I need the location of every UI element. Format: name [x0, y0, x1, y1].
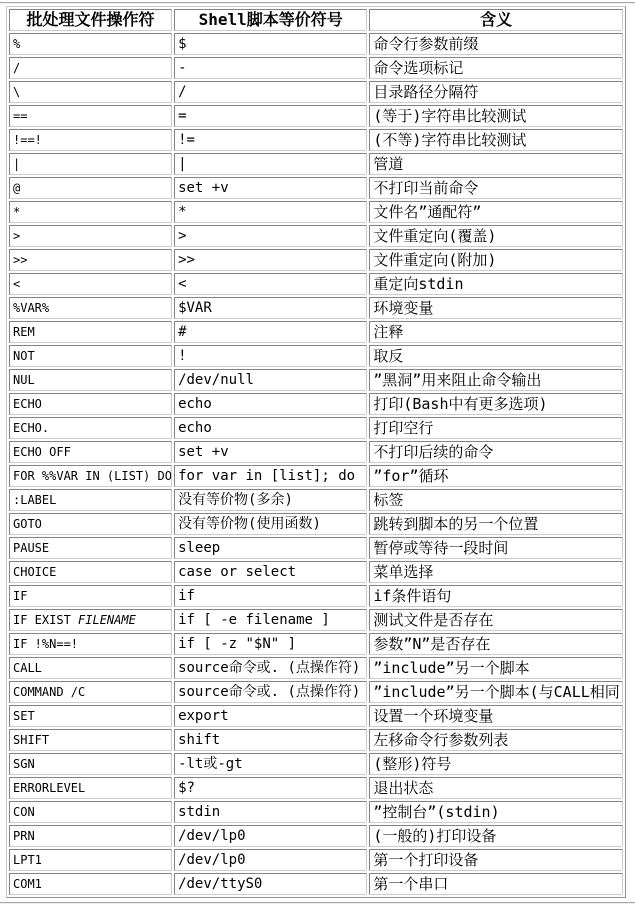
table-row: /-命令选项标记 — [9, 57, 623, 79]
meaning-cell: 文件重定向(附加) — [369, 249, 623, 271]
shell-equivalent-cell: /dev/null — [174, 369, 367, 391]
batch-operator-cell: NOT — [9, 345, 172, 367]
table-row: NOT!取反 — [9, 345, 623, 367]
shell-equivalent-cell: for var in [list]; do — [174, 465, 367, 487]
shell-equivalent-cell: != — [174, 129, 367, 151]
meaning-cell: 不打印后续的命令 — [369, 441, 623, 463]
meaning-cell: 左移命令行参数列表 — [369, 729, 623, 751]
batch-operator-cell: GOTO — [9, 513, 172, 535]
table-row: IF EXIST FILENAMEif [ -e filename ]测试文件是… — [9, 609, 623, 631]
shell-equivalent-cell: = — [174, 105, 367, 127]
meaning-cell: 命令行参数前缀 — [369, 33, 623, 55]
shell-equivalent-cell: - — [174, 57, 367, 79]
meaning-cell: 菜单选择 — [369, 561, 623, 583]
table-row: GOTO没有等价物(使用函数)跳转到脚本的另一个位置 — [9, 513, 623, 535]
batch-operator-cell: PAUSE — [9, 537, 172, 559]
shell-equivalent-cell: if [ -z "$N" ] — [174, 633, 367, 655]
table-row: <<重定向stdin — [9, 273, 623, 295]
shell-equivalent-cell: source命令或. (点操作符) — [174, 657, 367, 679]
batch-operator-cell: IF EXIST FILENAME — [9, 609, 172, 631]
table-row: FOR %%VAR IN (LIST) DOfor var in [list];… — [9, 465, 623, 487]
meaning-cell: 重定向stdin — [369, 273, 623, 295]
meaning-cell: 文件重定向(覆盖) — [369, 225, 623, 247]
batch-operator-cell: IF — [9, 585, 172, 607]
batch-operator-cell: >> — [9, 249, 172, 271]
meaning-cell: 第一个串口 — [369, 873, 623, 895]
table-header: 批处理文件操作符 Shell脚本等价符号 含义 — [9, 9, 623, 31]
shell-equivalent-cell: export — [174, 705, 367, 727]
table-row: %VAR%$VAR环境变量 — [9, 297, 623, 319]
batch-operator-cell: > — [9, 225, 172, 247]
table-row: REM#注释 — [9, 321, 623, 343]
meaning-cell: 文件名”通配符” — [369, 201, 623, 223]
shell-equivalent-cell: | — [174, 153, 367, 175]
meaning-cell: 命令选项标记 — [369, 57, 623, 79]
table-row: CONstdin”控制台”(stdin) — [9, 801, 623, 823]
meaning-cell: 打印(Bash中有更多选项) — [369, 393, 623, 415]
table-row: LPT1/dev/lp0第一个打印设备 — [9, 849, 623, 871]
batch-operator-cell: CON — [9, 801, 172, 823]
shell-equivalent-cell: set +v — [174, 177, 367, 199]
batch-operator-cell: ECHO OFF — [9, 441, 172, 463]
top-rule — [0, 2, 635, 4]
batch-operator-cell: / — [9, 57, 172, 79]
page: 批处理文件操作符 Shell脚本等价符号 含义 %$命令行参数前缀/-命令选项标… — [0, 0, 635, 904]
table-row: ECHOecho打印(Bash中有更多选项) — [9, 393, 623, 415]
batch-operator-cell: PRN — [9, 825, 172, 847]
table-row: >>文件重定向(覆盖) — [9, 225, 623, 247]
bottom-rule — [0, 902, 635, 904]
shell-equivalent-cell: $? — [174, 777, 367, 799]
meaning-cell: 参数”N”是否存在 — [369, 633, 623, 655]
table-row: :LABEL没有等价物(多余)标签 — [9, 489, 623, 511]
meaning-cell: 第一个打印设备 — [369, 849, 623, 871]
shell-equivalent-cell: /dev/ttyS0 — [174, 873, 367, 895]
meaning-cell: 设置一个环境变量 — [369, 705, 623, 727]
shell-equivalent-cell: > — [174, 225, 367, 247]
shell-equivalent-cell: 没有等价物(使用函数) — [174, 513, 367, 535]
table-row: SHIFTshift左移命令行参数列表 — [9, 729, 623, 751]
meaning-cell: (整形)符号 — [369, 753, 623, 775]
table-row: PAUSEsleep暂停或等待一段时间 — [9, 537, 623, 559]
batch-operator-cell: ERRORLEVEL — [9, 777, 172, 799]
meaning-cell: ”include”另一个脚本(与CALL相同) — [369, 681, 623, 703]
table-row: CHOICEcase or select菜单选择 — [9, 561, 623, 583]
batch-operator-cell: * — [9, 201, 172, 223]
table-row: ||管道 — [9, 153, 623, 175]
shell-equivalent-cell: * — [174, 201, 367, 223]
shell-equivalent-cell: # — [174, 321, 367, 343]
shell-equivalent-cell: / — [174, 81, 367, 103]
meaning-cell: 打印空行 — [369, 417, 623, 439]
header-meaning: 含义 — [369, 9, 623, 31]
shell-equivalent-cell: set +v — [174, 441, 367, 463]
meaning-cell: ”include”另一个脚本 — [369, 657, 623, 679]
meaning-cell: 测试文件是否存在 — [369, 609, 623, 631]
meaning-cell: 目录路径分隔符 — [369, 81, 623, 103]
batch-operator-cell: COMMAND /C — [9, 681, 172, 703]
meaning-cell: 管道 — [369, 153, 623, 175]
meaning-cell: 环境变量 — [369, 297, 623, 319]
italic-filename: FILENAME — [78, 613, 136, 627]
shell-equivalent-cell: ! — [174, 345, 367, 367]
meaning-cell: 注释 — [369, 321, 623, 343]
shell-equivalent-cell: echo — [174, 393, 367, 415]
shell-equivalent-cell: stdin — [174, 801, 367, 823]
meaning-cell: ”for”循环 — [369, 465, 623, 487]
meaning-cell: ”黑洞”用来阻止命令输出 — [369, 369, 623, 391]
batch-operator-cell: ECHO. — [9, 417, 172, 439]
meaning-cell: 暂停或等待一段时间 — [369, 537, 623, 559]
meaning-cell: (等于)字符串比较测试 — [369, 105, 623, 127]
meaning-cell: 标签 — [369, 489, 623, 511]
batch-operator-cell: IF !%N==! — [9, 633, 172, 655]
batch-shell-comparison-table: 批处理文件操作符 Shell脚本等价符号 含义 %$命令行参数前缀/-命令选项标… — [6, 6, 626, 898]
batch-operator-cell: LPT1 — [9, 849, 172, 871]
header-shell-equivalents: Shell脚本等价符号 — [174, 9, 367, 31]
shell-equivalent-cell: case or select — [174, 561, 367, 583]
table-row: ECHO.echo打印空行 — [9, 417, 623, 439]
table-row: \/目录路径分隔符 — [9, 81, 623, 103]
table-row: ECHO OFFset +v不打印后续的命令 — [9, 441, 623, 463]
batch-operator-cell: REM — [9, 321, 172, 343]
table-row: SGN-lt或-gt(整形)符号 — [9, 753, 623, 775]
header-batch-operators: 批处理文件操作符 — [9, 9, 172, 31]
table-body: %$命令行参数前缀/-命令选项标记\/目录路径分隔符===(等于)字符串比较测试… — [9, 33, 623, 895]
shell-equivalent-cell: source命令或. (点操作符) — [174, 681, 367, 703]
table-row: IFifif条件语句 — [9, 585, 623, 607]
meaning-cell: (不等)字符串比较测试 — [369, 129, 623, 151]
shell-equivalent-cell: /dev/lp0 — [174, 825, 367, 847]
shell-equivalent-cell: < — [174, 273, 367, 295]
batch-operator-cell: \ — [9, 81, 172, 103]
shell-equivalent-cell: sleep — [174, 537, 367, 559]
shell-equivalent-cell: $VAR — [174, 297, 367, 319]
shell-equivalent-cell: shift — [174, 729, 367, 751]
table-row: **文件名”通配符” — [9, 201, 623, 223]
meaning-cell: if条件语句 — [369, 585, 623, 607]
batch-operator-cell: == — [9, 105, 172, 127]
batch-operator-cell: SHIFT — [9, 729, 172, 751]
table-row: ===(等于)字符串比较测试 — [9, 105, 623, 127]
batch-operator-cell: @ — [9, 177, 172, 199]
batch-operator-cell: SGN — [9, 753, 172, 775]
table-row: CALLsource命令或. (点操作符)”include”另一个脚本 — [9, 657, 623, 679]
meaning-cell: 不打印当前命令 — [369, 177, 623, 199]
batch-operator-cell: COM1 — [9, 873, 172, 895]
batch-operator-cell: !==! — [9, 129, 172, 151]
batch-operator-cell: < — [9, 273, 172, 295]
shell-equivalent-cell: >> — [174, 249, 367, 271]
table-row: IF !%N==!if [ -z "$N" ]参数”N”是否存在 — [9, 633, 623, 655]
batch-operator-cell: CALL — [9, 657, 172, 679]
batch-operator-cell: FOR %%VAR IN (LIST) DO — [9, 465, 172, 487]
table-row: COM1/dev/ttyS0第一个串口 — [9, 873, 623, 895]
batch-operator-cell: | — [9, 153, 172, 175]
meaning-cell: 取反 — [369, 345, 623, 367]
meaning-cell: 退出状态 — [369, 777, 623, 799]
table-row: >>>>文件重定向(附加) — [9, 249, 623, 271]
batch-operator-cell: %VAR% — [9, 297, 172, 319]
batch-operator-cell: NUL — [9, 369, 172, 391]
meaning-cell: 跳转到脚本的另一个位置 — [369, 513, 623, 535]
meaning-cell: (一般的)打印设备 — [369, 825, 623, 847]
shell-equivalent-cell: 没有等价物(多余) — [174, 489, 367, 511]
table-row: !==!!=(不等)字符串比较测试 — [9, 129, 623, 151]
table-row: ERRORLEVEL$?退出状态 — [9, 777, 623, 799]
table-row: NUL/dev/null”黑洞”用来阻止命令输出 — [9, 369, 623, 391]
shell-equivalent-cell: /dev/lp0 — [174, 849, 367, 871]
table-row: @set +v不打印当前命令 — [9, 177, 623, 199]
batch-operator-cell: ECHO — [9, 393, 172, 415]
header-row: 批处理文件操作符 Shell脚本等价符号 含义 — [9, 9, 623, 31]
shell-equivalent-cell: $ — [174, 33, 367, 55]
shell-equivalent-cell: -lt或-gt — [174, 753, 367, 775]
batch-operator-cell: % — [9, 33, 172, 55]
meaning-cell: ”控制台”(stdin) — [369, 801, 623, 823]
table-row: SETexport设置一个环境变量 — [9, 705, 623, 727]
table-row: COMMAND /Csource命令或. (点操作符)”include”另一个脚… — [9, 681, 623, 703]
batch-operator-cell: SET — [9, 705, 172, 727]
batch-operator-cell: :LABEL — [9, 489, 172, 511]
shell-equivalent-cell: echo — [174, 417, 367, 439]
table-row: %$命令行参数前缀 — [9, 33, 623, 55]
table-row: PRN/dev/lp0(一般的)打印设备 — [9, 825, 623, 847]
shell-equivalent-cell: if [ -e filename ] — [174, 609, 367, 631]
batch-operator-cell: CHOICE — [9, 561, 172, 583]
shell-equivalent-cell: if — [174, 585, 367, 607]
